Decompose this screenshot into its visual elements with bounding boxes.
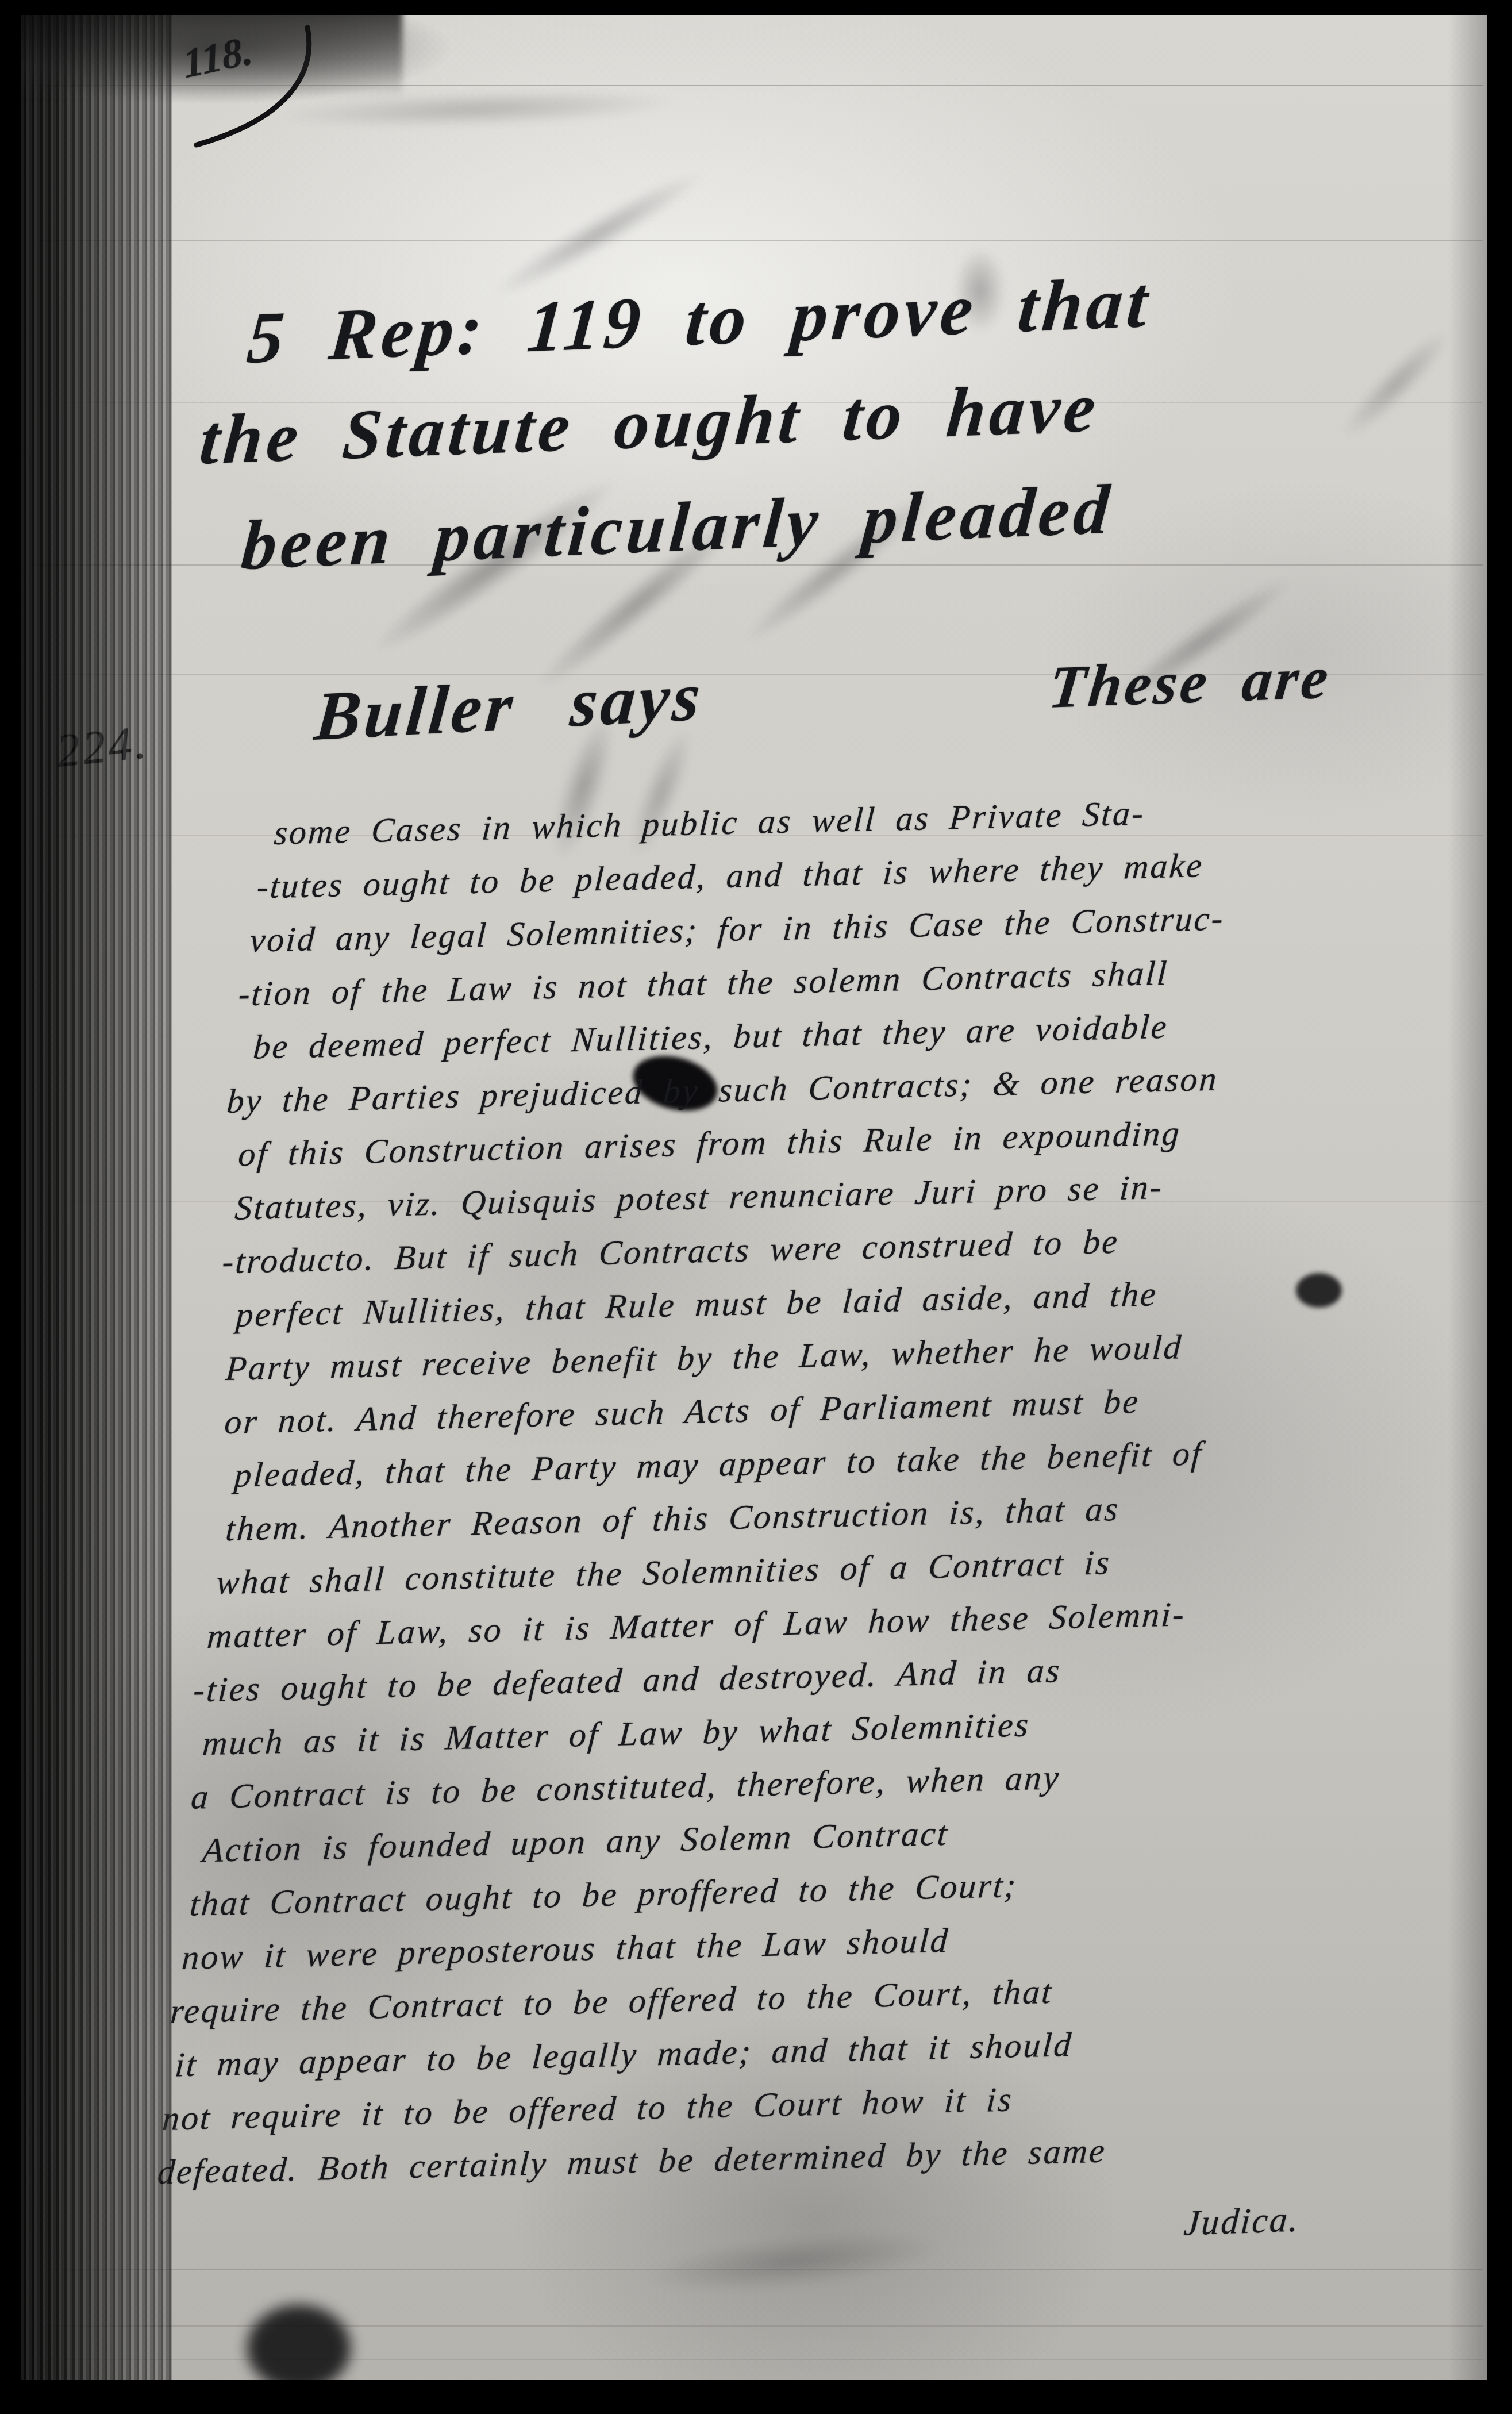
subheading-author: Buller says <box>311 656 706 756</box>
ink-blot <box>247 2305 351 2391</box>
heading-line-1: 5 Rep: 119 to prove that <box>244 261 1155 380</box>
scan-border-bottom <box>0 2380 1512 2414</box>
manuscript-scan: 118. 5 Rep: 119 to prove that the Statut… <box>0 0 1512 2414</box>
catchword: Judica. <box>1183 2199 1302 2244</box>
scan-border-right <box>1487 0 1512 2414</box>
ruled-line <box>34 240 1483 241</box>
scan-border-left <box>0 0 21 2414</box>
body-text: some Cases in which public as well as Pr… <box>156 779 1492 2199</box>
page-edge-shadow <box>1448 0 1488 2414</box>
manuscript-page: 118. 5 Rep: 119 to prove that the Statut… <box>0 0 1512 2414</box>
scan-border-top <box>0 0 1512 15</box>
heading-line-2: the Statute ought to have <box>197 367 1103 481</box>
ruled-line <box>34 2325 1483 2327</box>
subheading-opening: These are <box>1046 643 1334 722</box>
ink-smudge <box>642 2220 945 2303</box>
binding-gutter <box>0 0 172 2414</box>
ink-smudge <box>1333 320 1461 448</box>
